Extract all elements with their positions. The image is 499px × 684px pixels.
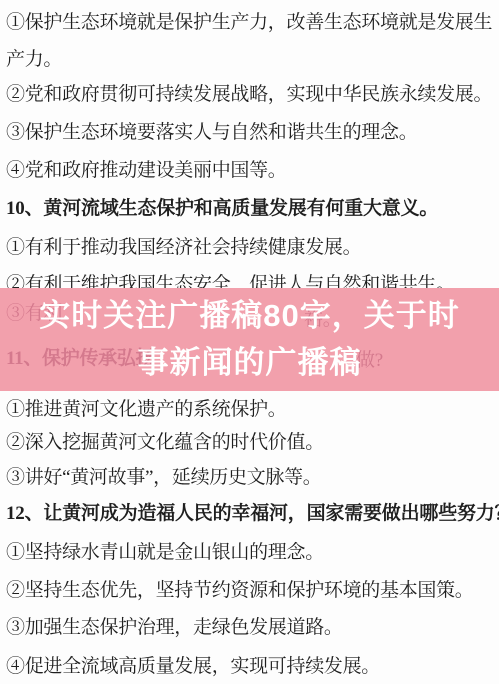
- doc-line: ①保护生态环境就是保护生产力，改善生态环境就是发展生产力。: [6, 4, 497, 78]
- watermark-text-line2: 事新闻的广播稿: [0, 339, 499, 386]
- doc-line: ③讲好“黄河故事”，延续历史文脉等。: [6, 459, 495, 496]
- doc-line: ②党和政府贯彻可持续发展战略，实现中华民族永续发展。: [6, 76, 495, 113]
- document-page: { "page": { "background": "#fdfdfd", "te…: [0, 0, 499, 684]
- watermark-band: ③有利 裕。 11、保护传承弘扬 做? 实时关注广播稿80字，关于时 事新闻的广…: [0, 288, 499, 391]
- doc-line: ①坚持绿水青山就是金山银山的理念。: [6, 534, 495, 571]
- question-heading: 12、让黄河成为造福人民的幸福河，国家需要做出哪些努力？: [6, 495, 495, 532]
- watermark-text: 实时关注广播稿80字，关于时 事新闻的广播稿: [0, 292, 499, 386]
- doc-line: ③保护生态环境要落实人与自然和谐共生的理念。: [6, 114, 495, 151]
- doc-line: ④党和政府推动建设美丽中国等。: [6, 152, 495, 189]
- doc-line: ①有利于推动我国经济社会持续健康发展。: [6, 229, 495, 266]
- watermark-text-line1: 实时关注广播稿80字，关于时: [0, 292, 499, 339]
- doc-line: ③加强生态保护治理，走绿色发展道路。: [6, 609, 495, 646]
- doc-line: ②深入挖掘黄河文化蕴含的时代价值。: [6, 424, 495, 461]
- doc-line: ②坚持生态优先，坚持节约资源和保护环境的基本国策。: [6, 572, 495, 609]
- doc-line: ④促进全流域高质量发展，实现可持续发展。: [6, 648, 495, 684]
- doc-line: ①推进黄河文化遗产的系统保护。: [6, 391, 495, 428]
- question-heading: 10、黄河流域生态保护和高质量发展有何重大意义。: [6, 190, 495, 227]
